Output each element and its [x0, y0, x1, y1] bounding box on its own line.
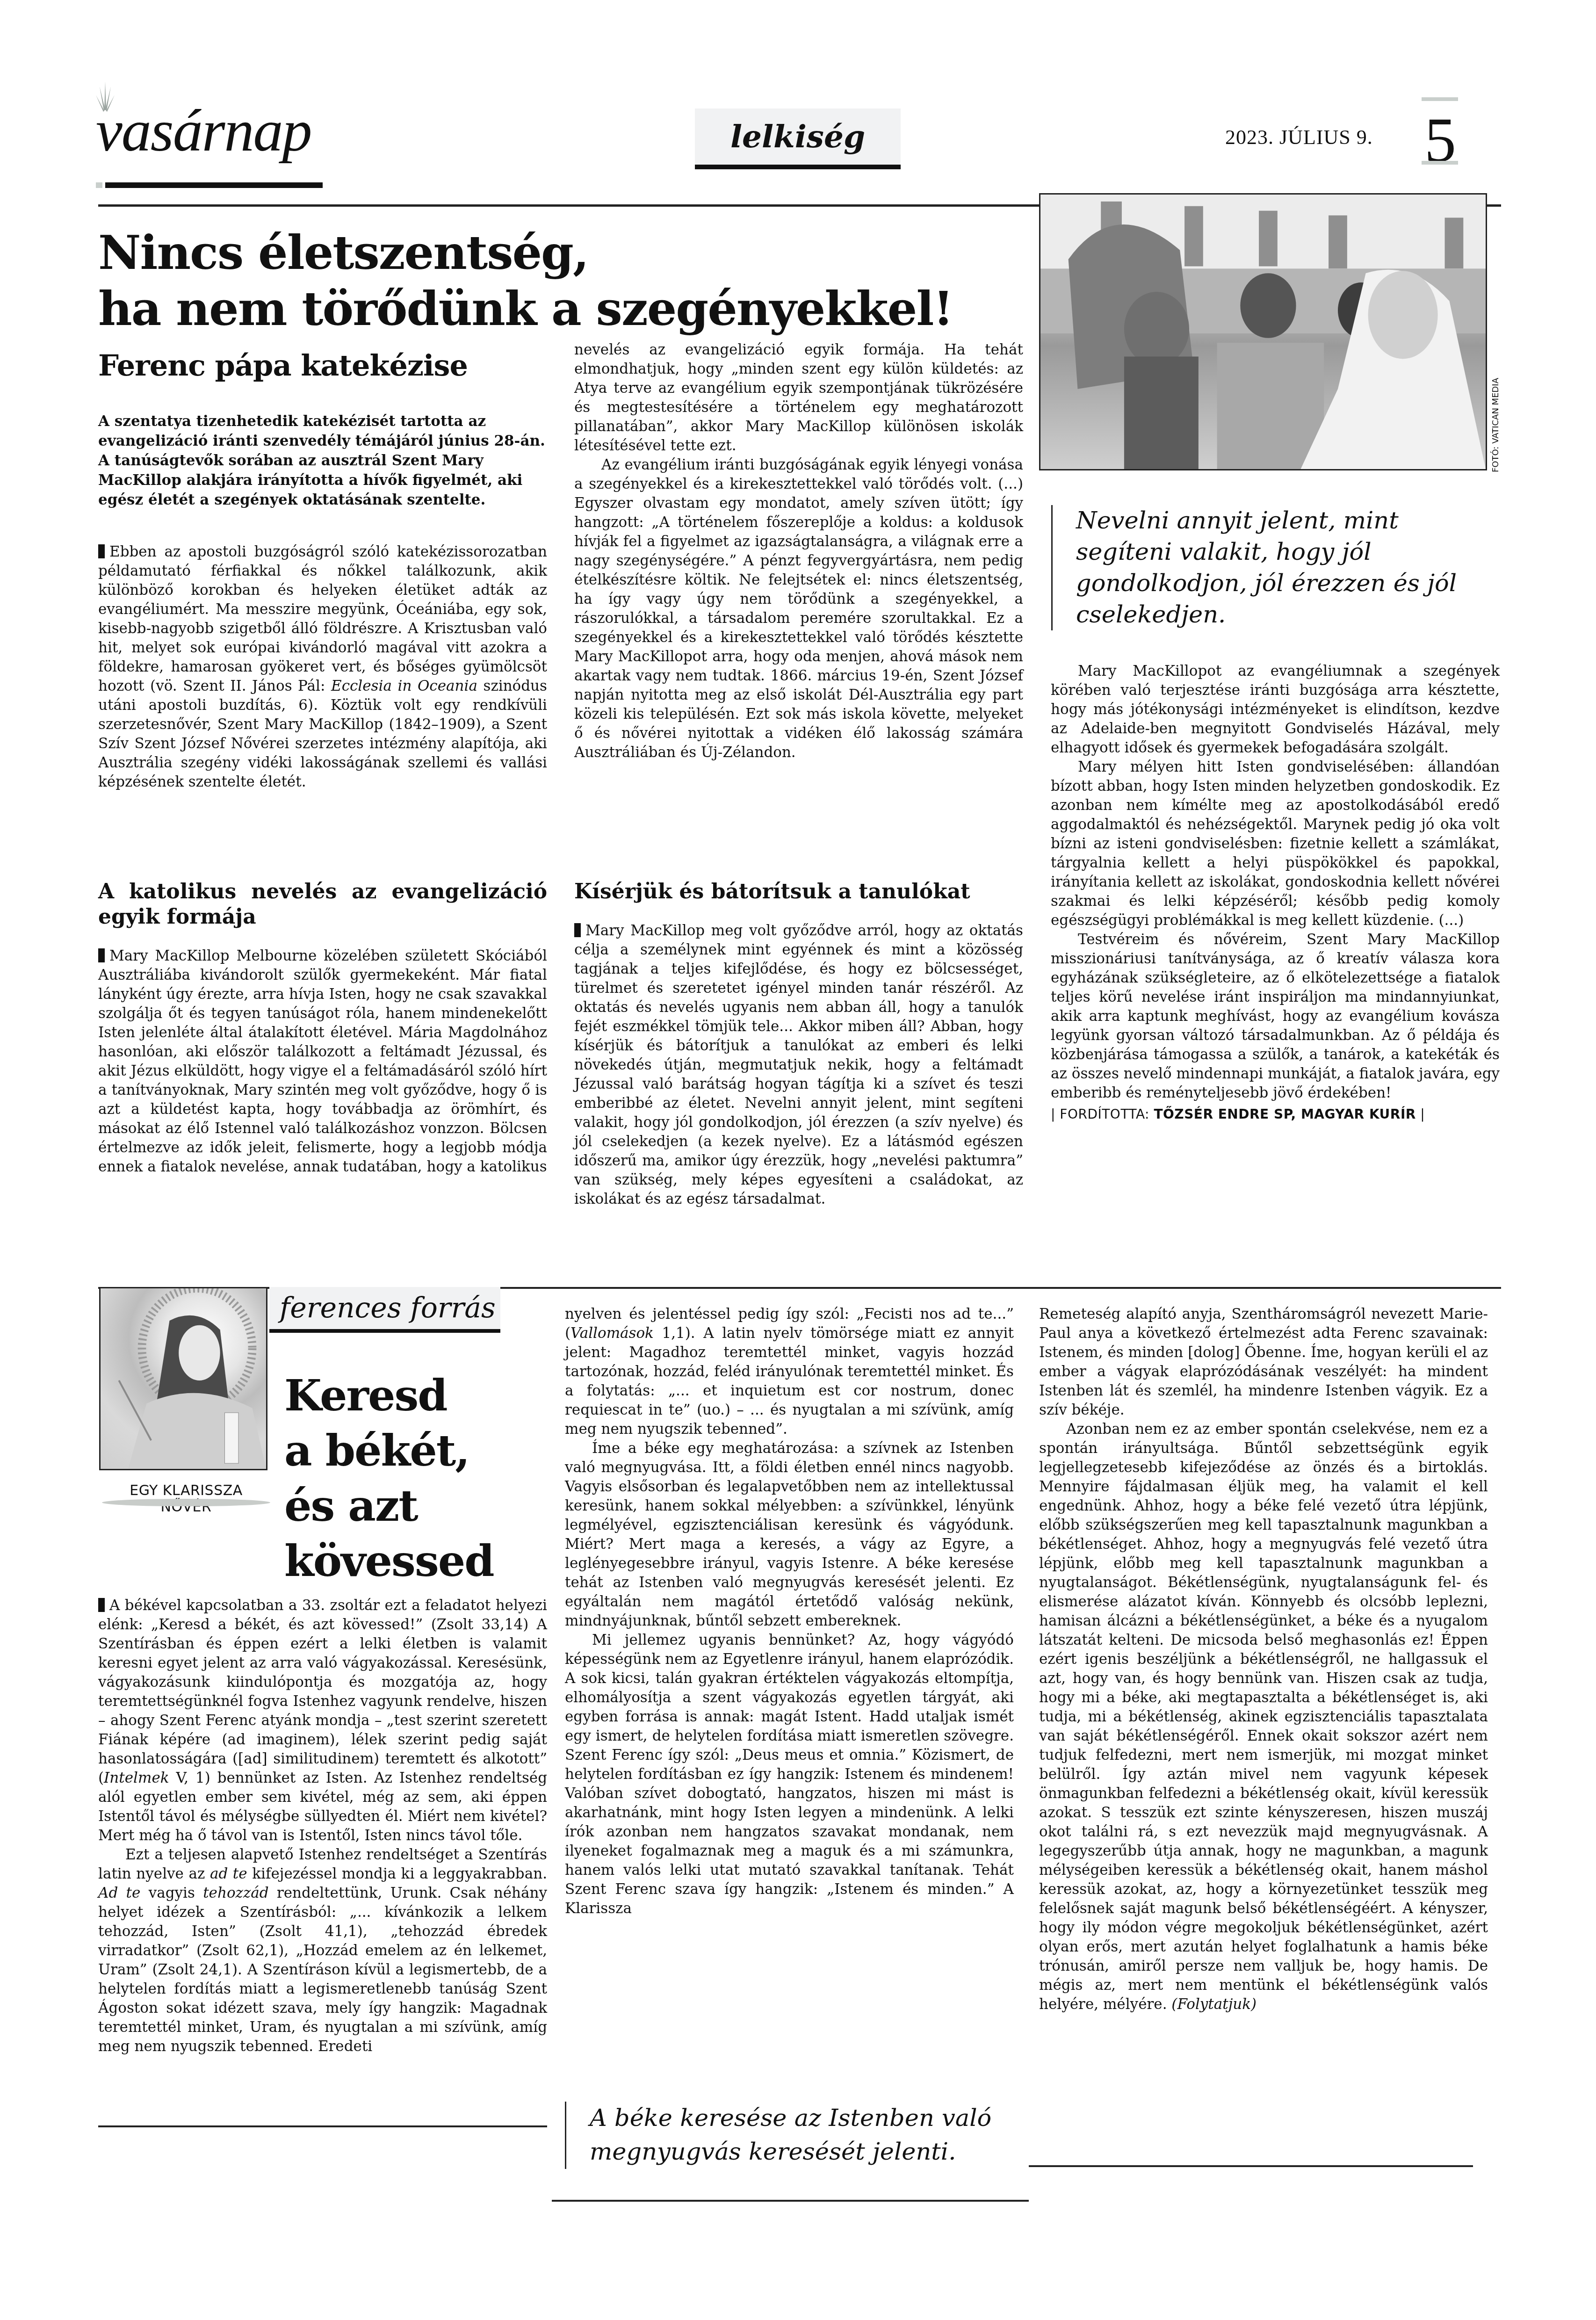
footer-rule: [552, 2200, 1029, 2202]
page-number-rule-top: [1422, 97, 1458, 101]
article-section-1: A katolikus nevelés az evangelizáció egy…: [98, 879, 547, 1177]
paragraph-marker: [98, 1598, 105, 1612]
continued-marker: (Folytatjuk): [1171, 1996, 1257, 2013]
headline-line-2: ha nem törődünk a szegényekkel!: [98, 281, 1033, 337]
issue-date: 2023. JÚLIUS 9.: [1225, 125, 1373, 149]
pull-quote: Nevelni annyit jelent, mint segíteni val…: [1051, 505, 1472, 630]
footer-rule: [1029, 2165, 1473, 2167]
article-subhead: Ferenc pápa katekézise: [98, 348, 566, 383]
paragraph-marker: [98, 544, 105, 558]
paragraph-marker: [574, 923, 581, 937]
article-headline: Nincs életszentség, ha nem törődünk a sz…: [98, 224, 1033, 337]
article-lead: A szentatya tizenhetedik katekézisét tar…: [98, 412, 547, 510]
paragraph-marker: [98, 948, 105, 962]
news-photo: [1039, 193, 1487, 470]
section-heading: A katolikus nevelés az evangelizáció egy…: [98, 879, 547, 930]
article2-body-col2: nyelven és jelentéssel pedig így szól: „…: [565, 1305, 1014, 1918]
article-body-col1: Ebben az apostoli buzgóságról szóló kate…: [98, 542, 547, 792]
photo-credit: FOTÓ: VATICAN MEDIA: [1491, 388, 1509, 472]
article2-body-col3: Remeteség alapító anyja, Szentháromságró…: [1039, 1305, 1488, 2014]
column-label-text: ferences forrás: [280, 1292, 496, 1324]
section-label-text: lelkiség: [730, 118, 865, 155]
masthead-logo: vasárnap: [96, 101, 348, 161]
logo-accent: [96, 182, 102, 188]
page-number-rule-bottom: [1422, 161, 1458, 165]
footer-rule: [98, 2125, 547, 2127]
saint-illustration: [99, 1287, 267, 1470]
photo-placeholder-icon: [1040, 195, 1486, 469]
translator-credit: | FORDÍTOTTA: TŐZSÉR ENDRE SP, MAGYAR KU…: [1051, 1105, 1500, 1124]
column-label: ferences forrás: [269, 1287, 500, 1333]
article-body-col2: nevelés az evangelizáció egyik formája. …: [574, 340, 1023, 762]
article2-headline: Keresd a békét, és azt kövessed: [284, 1368, 546, 1589]
logo-underline: [105, 182, 323, 188]
caption-shadow: [102, 1499, 270, 1506]
article2-body-col1: A békével kapcsolatban a 33. zsoltár ezt…: [98, 1596, 547, 2056]
section-label: lelkiség: [695, 108, 901, 169]
article-body-col3: Mary MacKillopot az evangéliumnak a szeg…: [1051, 662, 1500, 1124]
article-section-2: Kísérjük és bátorítsuk a tanulókat Mary …: [574, 879, 1023, 1209]
saint-portrait-icon: [101, 1288, 266, 1469]
logo-wordmark: vasárnap: [96, 101, 311, 160]
section-heading: Kísérjük és bátorítsuk a tanulókat: [574, 879, 1023, 904]
pull-quote-2: A béke keresése az Istenben való megnyug…: [565, 2102, 1014, 2169]
headline-line-1: Nincs életszentség,: [98, 224, 1033, 281]
